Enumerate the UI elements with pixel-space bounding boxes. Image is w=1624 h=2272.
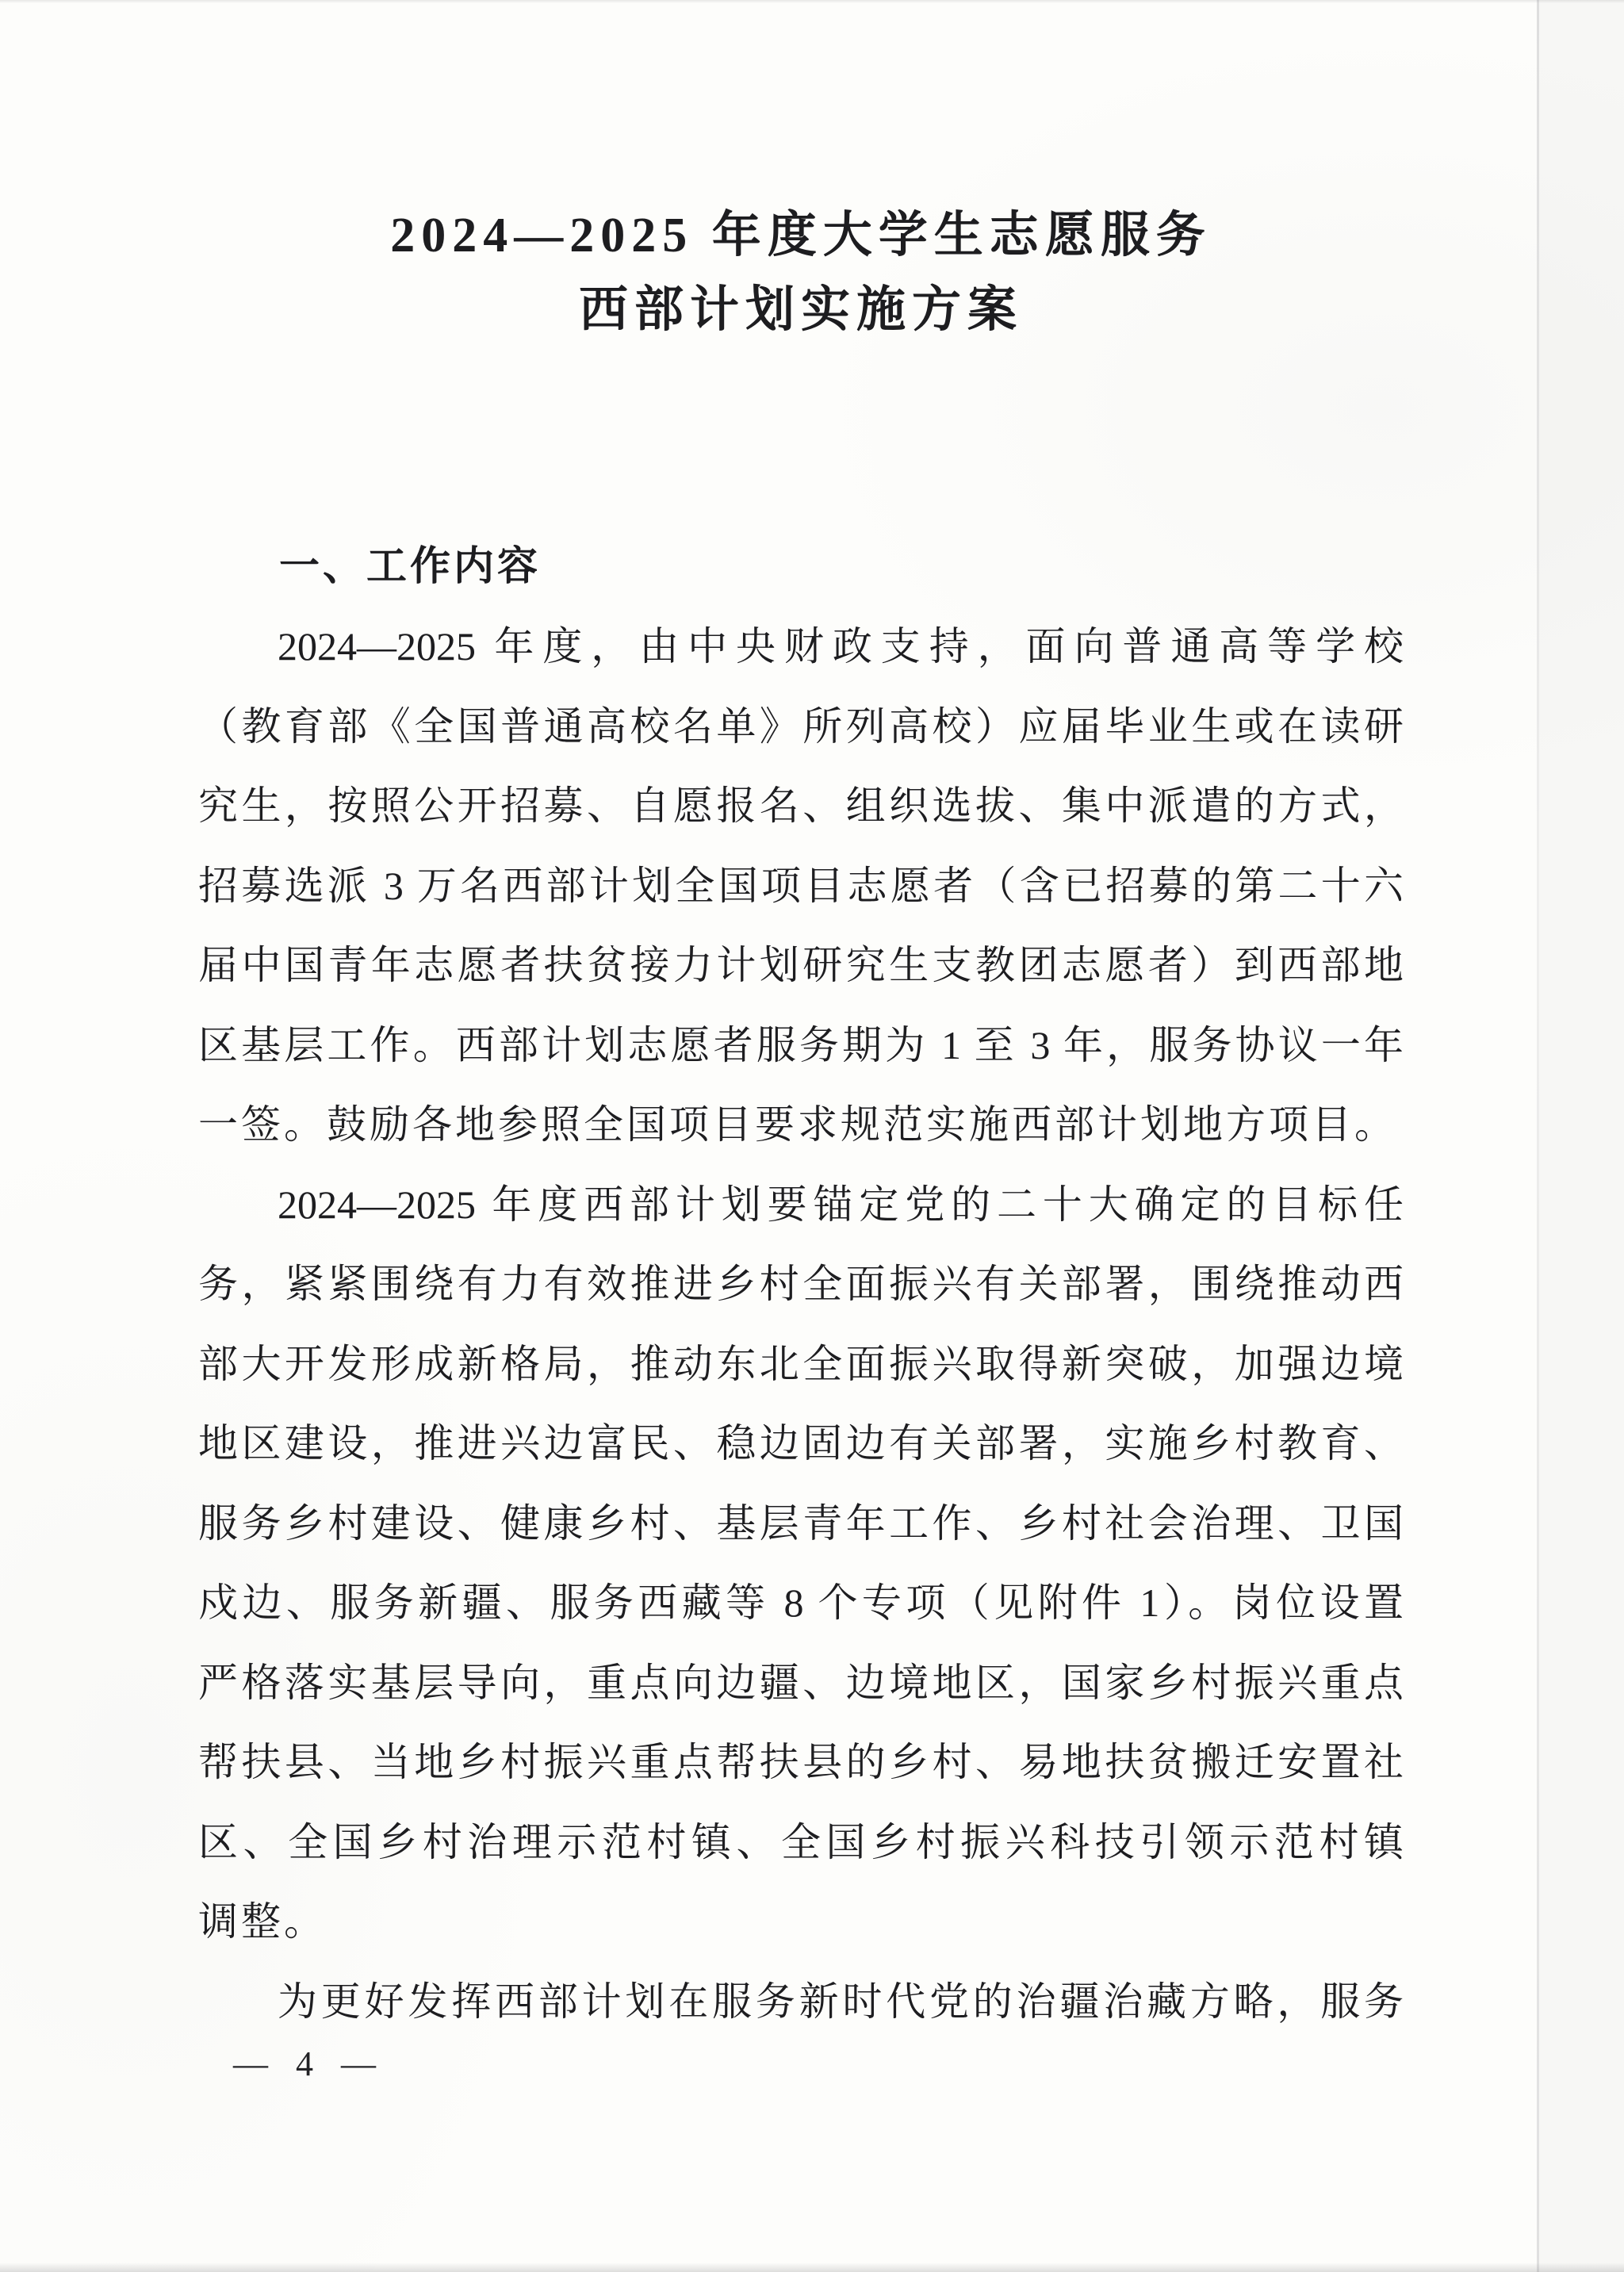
document-title: 2024—2025 年度大学生志愿服务 西部计划实施方案 — [198, 198, 1404, 347]
body-line: 调整。 — [198, 1882, 1404, 1962]
body-line: （教育部《全国普通高校名单》所列高校）应届毕业生或在读研 — [198, 687, 1404, 767]
body-line: 招募选派 3 万名西部计划全国项目志愿者（含已招募的第二十六 — [198, 846, 1404, 926]
body-line: 区基层工作。西部计划志愿者服务期为 1 至 3 年，服务协议一年 — [198, 1006, 1404, 1086]
body-line: 部大开发形成新格局，推动东北全面振兴取得新突破，加强边境 — [198, 1324, 1404, 1404]
body-line: 为更好发挥西部计划在服务新时代党的治疆治藏方略，服务 — [198, 1962, 1404, 2042]
body-line: 戍边、服务新疆、服务西藏等 8 个专项（见附件 1）。岗位设置 — [198, 1563, 1404, 1643]
scan-bottom-edge — [0, 2262, 1624, 2272]
page-number: — 4 — — [233, 2044, 385, 2084]
body-line: 地区建设，推进兴边富民、稳边固边有关部署，实施乡村教育、 — [198, 1404, 1404, 1484]
scan-edge-shading — [1539, 0, 1624, 2272]
scan-top-edge — [0, 0, 1624, 3]
title-line-1: 2024—2025 年度大学生志愿服务 — [198, 198, 1404, 273]
body-line: 区、全国乡村治理示范村镇、全国乡村振兴科技引领示范村镇 — [198, 1803, 1404, 1883]
body-line: 2024—2025 年度，由中央财政支持，面向普通高等学校 — [198, 607, 1404, 687]
body-line: 服务乡村建设、健康乡村、基层青年工作、乡村社会治理、卫国 — [198, 1484, 1404, 1564]
document-body: 2024—2025 年度，由中央财政支持，面向普通高等学校 （教育部《全国普通高… — [198, 607, 1404, 2041]
title-line-2: 西部计划实施方案 — [198, 273, 1404, 347]
body-line: 届中国青年志愿者扶贫接力计划研究生支教团志愿者）到西部地 — [198, 925, 1404, 1006]
section-heading: 一、工作内容 — [198, 529, 1404, 605]
body-line: 2024—2025 年度西部计划要锚定党的二十大确定的目标任 — [198, 1165, 1404, 1245]
body-line: 严格落实基层导向，重点向边疆、边境地区，国家乡村振兴重点 — [198, 1643, 1404, 1723]
body-line: 务，紧紧围绕有力有效推进乡村全面振兴有关部署，围绕推动西 — [198, 1244, 1404, 1324]
body-line: 一签。鼓励各地参照全国项目要求规范实施西部计划地方项目。 — [198, 1085, 1404, 1165]
body-line: 帮扶县、当地乡村振兴重点帮扶县的乡村、易地扶贫搬迁安置社 — [198, 1722, 1404, 1803]
body-line: 究生，按照公开招募、自愿报名、组织选拔、集中派遣的方式， — [198, 766, 1404, 846]
document-page: 2024—2025 年度大学生志愿服务 西部计划实施方案 一、工作内容 2024… — [0, 0, 1624, 2272]
